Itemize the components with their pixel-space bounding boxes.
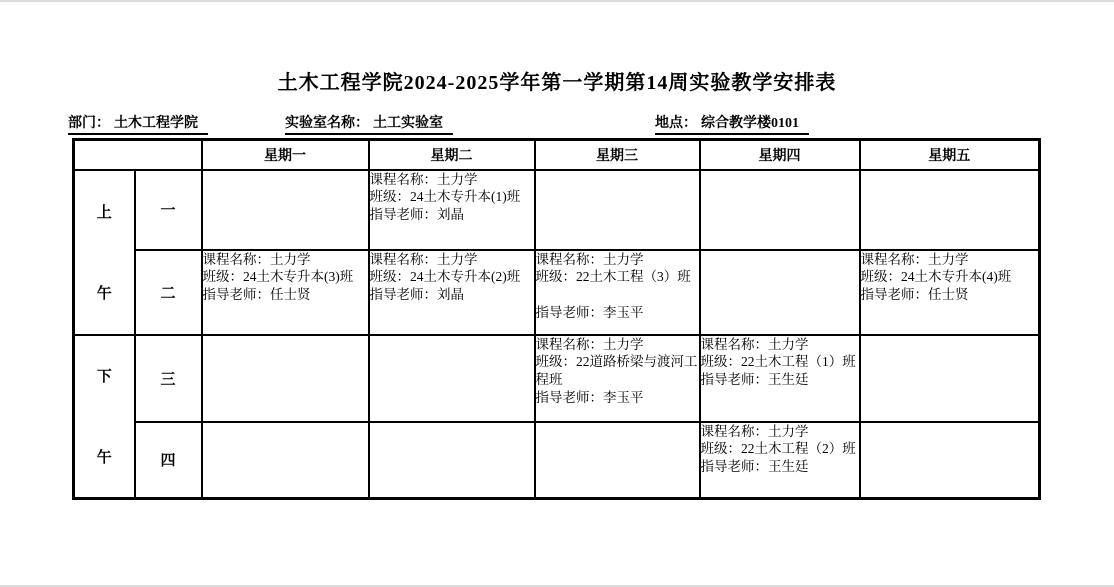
lab-name-label: 实验室名称：	[285, 116, 369, 131]
info-row: 部门：土木工程学院 实验室名称：土工实验室 地点：综合教学楼0101	[0, 112, 1114, 134]
cell-tuesday-period-2: 课程名称：土力学 班级：24土木专升本(2)班 指导老师：刘晶	[369, 250, 535, 335]
session-morning-label: 上 午	[75, 171, 134, 334]
page-title: 土木工程学院2024-2025学年第一学期第14周实验教学安排表	[0, 66, 1114, 95]
session-char-bottom: 午	[97, 282, 112, 303]
cell-tuesday-period-3	[369, 335, 535, 422]
cell-friday-period-2: 课程名称：土力学 班级：24土木专升本(4)班 指导老师：任士贤	[860, 250, 1040, 335]
lab-name-field: 实验室名称：土工实验室	[285, 112, 453, 135]
session-char-top: 上	[97, 201, 112, 222]
session-afternoon-cell: 下 午	[74, 335, 135, 499]
location-value: 综合教学楼0101	[701, 116, 799, 131]
department-label: 部门：	[68, 116, 110, 131]
cell-friday-period-3	[860, 335, 1040, 422]
cell-wednesday-period-4	[535, 422, 700, 499]
period-3-row: 下 午 三 课程名称：土力学 班级：22道路桥梁与渡河工程班 指导老师：李玉平 …	[74, 335, 1040, 422]
cell-monday-period-2: 课程名称：土力学 班级：24土木专升本(3)班 指导老师：任士贤	[202, 250, 369, 335]
page-top-edge	[0, 0, 1114, 2]
day-header-thursday: 星期四	[700, 140, 860, 170]
cell-monday-period-1	[202, 170, 369, 250]
cell-friday-period-4	[860, 422, 1040, 499]
lab-name-value: 土工实验室	[373, 116, 443, 131]
cell-thursday-period-1	[700, 170, 860, 250]
cell-thursday-period-3: 课程名称：土力学 班级：22土木工程（1）班 指导老师：王生廷	[700, 335, 860, 422]
location-field: 地点：综合教学楼0101	[655, 112, 809, 135]
department-value: 土木工程学院	[114, 116, 198, 131]
cell-wednesday-period-2: 课程名称：土力学 班级：22土木工程（3）班 指导老师：李玉平	[535, 250, 700, 335]
period-1-label: 一	[135, 170, 202, 250]
session-char-top: 下	[97, 365, 112, 386]
period-4-label: 四	[135, 422, 202, 499]
period-3-label: 三	[135, 335, 202, 422]
cell-friday-period-1	[860, 170, 1040, 250]
period-2-row: 二 课程名称：土力学 班级：24土木专升本(3)班 指导老师：任士贤 课程名称：…	[74, 250, 1040, 335]
department-field: 部门：土木工程学院	[68, 112, 208, 135]
session-char-bottom: 午	[97, 446, 112, 467]
cell-thursday-period-4: 课程名称：土力学 班级：22土木工程（2）班 指导老师：王生廷	[700, 422, 860, 499]
day-header-row: 星期一 星期二 星期三 星期四 星期五	[74, 140, 1040, 170]
day-header-tuesday: 星期二	[369, 140, 535, 170]
cell-wednesday-period-1	[535, 170, 700, 250]
period-4-row: 四 课程名称：土力学 班级：22土木工程（2）班 指导老师：王生廷	[74, 422, 1040, 499]
cell-tuesday-period-4	[369, 422, 535, 499]
period-2-label: 二	[135, 250, 202, 335]
day-header-monday: 星期一	[202, 140, 369, 170]
location-label: 地点：	[655, 116, 697, 131]
day-header-wednesday: 星期三	[535, 140, 700, 170]
session-morning-cell: 上 午	[74, 170, 135, 335]
cell-thursday-period-2	[700, 250, 860, 335]
session-afternoon-label: 下 午	[75, 336, 134, 498]
cell-monday-period-4	[202, 422, 369, 499]
period-1-row: 上 午 一 课程名称：土力学 班级：24土木专升本(1)班 指导老师：刘晶	[74, 170, 1040, 250]
cell-monday-period-3	[202, 335, 369, 422]
corner-cell	[74, 140, 202, 170]
day-header-friday: 星期五	[860, 140, 1040, 170]
cell-wednesday-period-3: 课程名称：土力学 班级：22道路桥梁与渡河工程班 指导老师：李玉平	[535, 335, 700, 422]
schedule-table: 星期一 星期二 星期三 星期四 星期五 上 午 一 课程名称：土力学 班级：24…	[72, 138, 1041, 500]
cell-tuesday-period-1: 课程名称：土力学 班级：24土木专升本(1)班 指导老师：刘晶	[369, 170, 535, 250]
